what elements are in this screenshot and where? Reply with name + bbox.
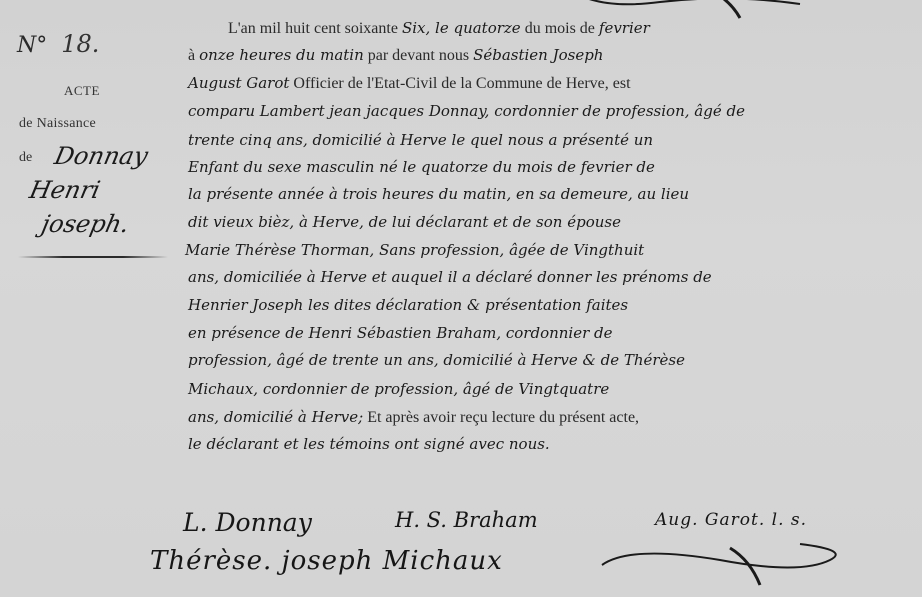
acte-label: ACTE [64,83,100,99]
text-line: le déclarant et les témoins ont signé av… [188,434,868,454]
handwritten-text: Six, le quatorze [402,19,521,37]
signature-witness-2: Thérèse. joseph Michaux [150,546,503,576]
text-line: à onze heures du matin par devant nous S… [188,45,868,66]
number-value: 18. [61,30,99,58]
text-line: comparu Lambert jean jacques Donnay, cor… [188,101,868,121]
subject-given-name-2: joseph. [39,210,132,238]
handwritten-text: ans, domicilié à Herve; [188,408,363,426]
handwritten-text: dit vieux bièz, à Herve, de lui déclaran… [188,213,621,231]
margin-column: N°18. ACTE de Naissance de Donnay Henri … [0,0,190,300]
handwritten-text: Henrier Joseph les dites déclaration & p… [188,296,628,314]
handwritten-text: Enfant du sexe masculin né le quatorze d… [188,158,655,176]
handwritten-text: onze heures du matin [199,46,364,64]
text-line: ans, domiciliée à Herve et auquel il a d… [188,267,868,287]
act-number: N°18. [17,30,99,58]
text-line: Marie Thérèse Thorman, Sans profession, … [185,240,865,260]
text-line: profession, âgé de trente un ans, domici… [188,350,868,370]
signature-officer: Aug. Garot. l. s. [655,510,807,530]
handwritten-text: fevrier [599,19,650,37]
handwritten-text: la présente année à trois heures du mati… [188,185,689,203]
text-line: L'an mil huit cent soixante Six, le quat… [228,18,868,39]
certificate-page: N°18. ACTE de Naissance de Donnay Henri … [0,0,922,597]
handwritten-text: trente cinq ans, domicilié à Herve le qu… [188,131,653,149]
handwritten-text: Sébastien Joseph [473,46,603,64]
handwritten-text: August Garot [188,74,289,92]
text-line: Michaux, cordonnier de profession, âgé d… [188,379,868,399]
handwritten-text: Marie Thérèse Thorman, Sans profession, … [185,241,644,259]
text-line: Enfant du sexe masculin né le quatorze d… [188,157,868,177]
text-line: trente cinq ans, domicilié à Herve le qu… [188,130,868,150]
de-label: de [19,150,32,166]
text-line: Henrier Joseph les dites déclaration & p… [188,295,868,315]
printed-text: L'an mil huit cent soixante [228,20,402,37]
text-line: la présente année à trois heures du mati… [188,184,868,204]
signature-witness-1: H. S. Braham [395,508,538,532]
number-prefix: N° [17,33,47,58]
printed-text: Et après avoir reçu lecture du présent a… [363,409,639,426]
text-line: dit vieux bièz, à Herve, de lui déclaran… [188,212,868,232]
acte-type: de Naissance [19,116,96,132]
subject-given-name-1: Henri [27,176,103,204]
officer-paraph-flourish [600,540,860,590]
signature-declarant: L. Donnay [183,508,312,537]
handwritten-text: profession, âgé de trente un ans, domici… [188,351,685,369]
handwritten-text: comparu Lambert jean jacques Donnay, cor… [188,102,745,120]
handwritten-text: ans, domiciliée à Herve et auquel il a d… [188,268,712,286]
handwritten-text: le déclarant et les témoins ont signé av… [188,435,550,453]
printed-text: par devant nous [364,47,473,64]
printed-text: du mois de [521,20,599,37]
handwritten-text: Michaux, cordonnier de profession, âgé d… [188,380,609,398]
text-line: ans, domicilié à Herve; Et après avoir r… [188,407,868,428]
margin-divider [18,256,168,258]
printed-text: à [188,47,199,64]
text-line: en présence de Henri Sébastien Braham, c… [188,323,868,343]
printed-text: Officier de l'Etat-Civil de la Commune d… [289,75,630,92]
handwritten-text: en présence de Henri Sébastien Braham, c… [188,324,613,342]
subject-surname: Donnay [52,142,150,170]
text-line: August Garot Officier de l'Etat-Civil de… [188,73,868,94]
